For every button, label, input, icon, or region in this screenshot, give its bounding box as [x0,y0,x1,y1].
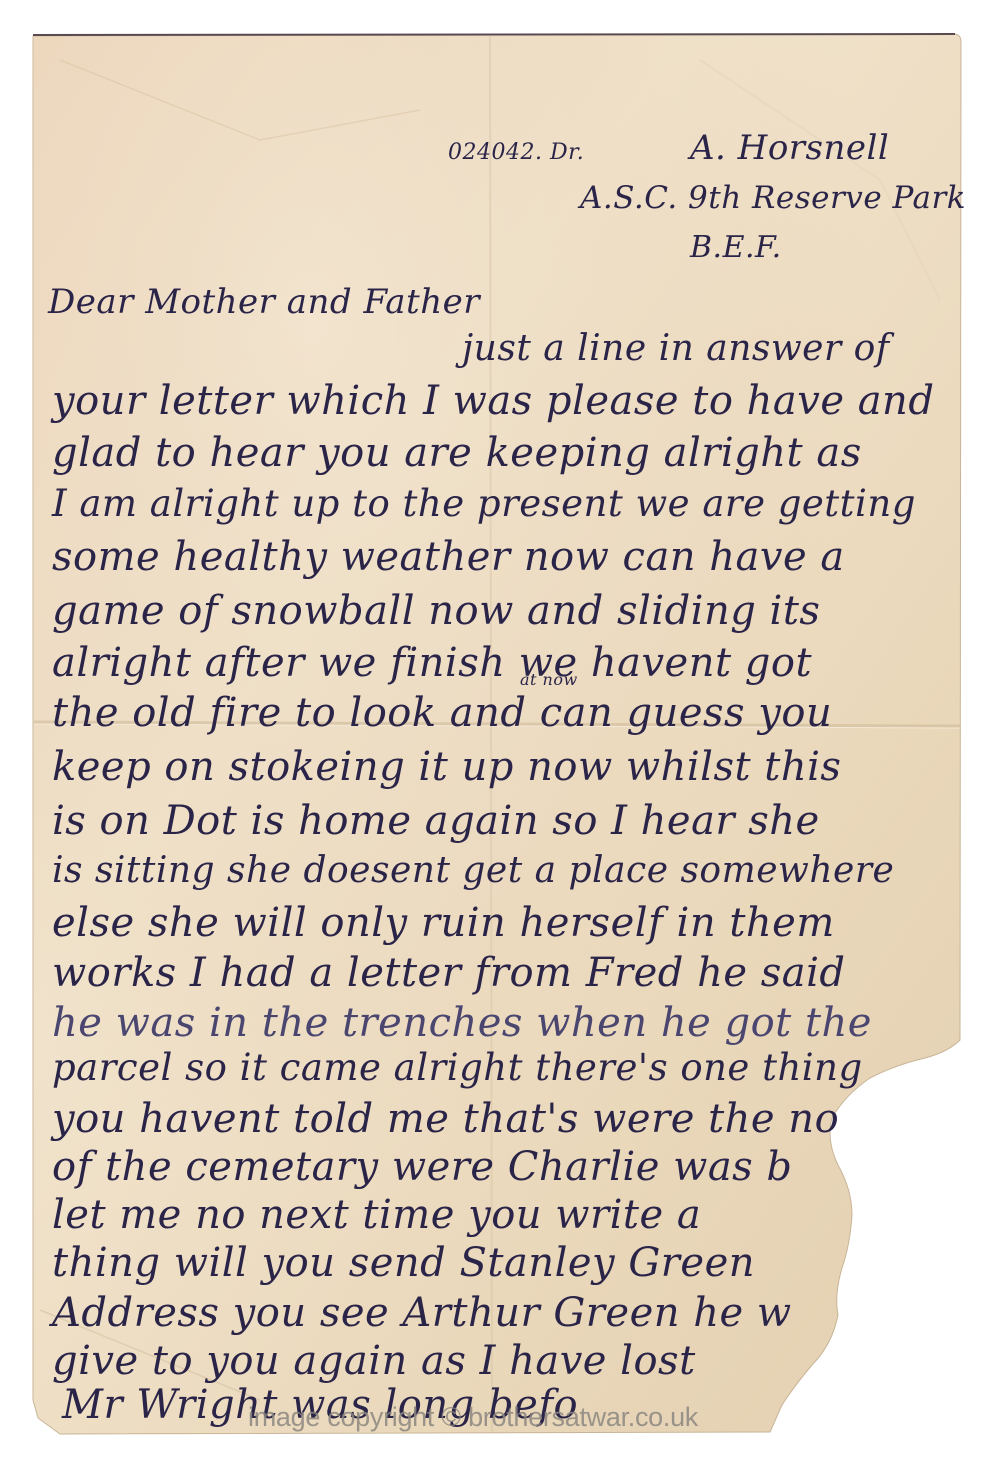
sender-unit: A.S.C. 9th Reserve Park [580,180,966,216]
body-line: some healthy weather now can have a [52,534,845,580]
body-line: the old fire to look and can guess you [52,690,832,736]
body-line: you havent told me that's were the no [52,1096,839,1142]
body-line: works I had a letter from Fred he said [52,950,846,996]
body-line: let me no next time you write a [52,1192,701,1238]
letter-page: 024042. Dr. A. Horsnell A.S.C. 9th Reser… [0,0,1000,1466]
body-line: keep on stokeing it up now whilst this [52,744,841,790]
body-line: thing will you send Stanley Green [52,1240,755,1286]
sender-name: A. Horsnell [690,128,889,168]
body-line: is on Dot is home again so I hear she [52,798,820,844]
sender-location: B.E.F. [690,230,782,265]
body-line: just a line in answer of [462,328,890,369]
body-line: give to you again as I have lost [52,1338,696,1384]
body-line: alright after we finish we havent got [52,640,812,686]
body-line: glad to hear you are keeping alright as [52,430,862,476]
body-line: else she will only ruin herself in them [52,900,835,946]
body-line: is sitting she doesent get a place somew… [52,850,894,891]
body-line: he was in the trenches when he got the [52,1000,872,1046]
body-line: game of snowball now and sliding its [52,588,820,634]
body-line: parcel so it came alright there's one th… [52,1046,863,1089]
body-line: I am alright up to the present we are ge… [52,482,916,525]
body-line: your letter which I was please to have a… [52,378,934,424]
service-number: 024042. Dr. [448,140,584,165]
insertion-at-now: at now [520,670,578,689]
copyright-watermark: image copyright © brothersatwar.co.uk [248,1402,698,1433]
body-line: Address you see Arthur Green he w [52,1290,792,1336]
salutation: Dear Mother and Father [48,282,480,322]
body-line: of the cemetary were Charlie was b [52,1144,793,1190]
